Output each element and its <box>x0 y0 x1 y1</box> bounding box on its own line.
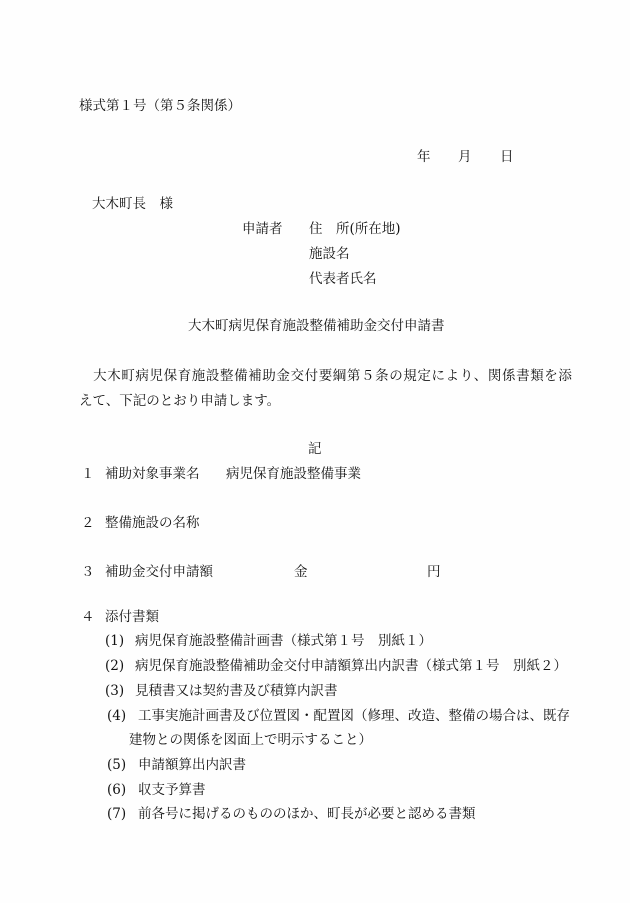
item-3-number: ３ <box>81 564 95 580</box>
item-1-number: １ <box>81 466 95 482</box>
date-month: 月 <box>458 149 472 165</box>
attachment-1-number: (1) <box>105 633 124 649</box>
addressee: 大木町長 様 <box>92 196 173 212</box>
item-1-value: 病児保育施設整備事業 <box>226 466 361 482</box>
attachment-4-text: 工事実施計画書及び位置図・配置図（修理、改造、整備の場合は、既存 <box>138 708 570 724</box>
body-line-2: えて、下記のとおり申請します。 <box>79 393 280 409</box>
attachment-5-text: 申請額算出内訳書 <box>138 757 246 773</box>
date-year: 年 <box>417 149 431 165</box>
item-2-label: 整備施設の名称 <box>105 515 200 531</box>
attachment-5-number: (5) <box>107 757 126 773</box>
applicant-label: 申請者 <box>242 221 283 237</box>
item-3-kin: 金 <box>294 564 308 580</box>
item-3-label: 補助金交付申請額 <box>105 564 213 580</box>
item-4-number: ４ <box>81 609 95 625</box>
attachment-3-number: (3) <box>105 683 124 699</box>
form-number: 様式第１号（第５条関係） <box>79 98 241 114</box>
date-day: 日 <box>500 149 514 165</box>
attachment-7-text: 前各号に掲げるのもののほか、町長が必要と認める書類 <box>138 806 476 822</box>
applicant-facility: 施設名 <box>309 246 350 262</box>
attachment-6-number: (6) <box>107 782 126 798</box>
applicant-representative: 代表者氏名 <box>309 271 377 287</box>
attachment-2-text: 病児保育施設整備補助金交付申請額算出内訳書（様式第１号 別紙２） <box>135 658 567 674</box>
document-title: 大木町病児保育施設整備補助金交付申請書 <box>188 318 445 334</box>
attachment-7-number: (7) <box>107 806 126 822</box>
item-1-label: 補助対象事業名 <box>105 466 200 482</box>
attachment-6-text: 収支予算書 <box>138 782 206 798</box>
item-2-number: ２ <box>81 515 95 531</box>
body-line-1: 大木町病児保育施設整備補助金交付要綱第５条の規定により、関係書類を添 <box>79 368 573 384</box>
item-3-yen: 円 <box>427 564 441 580</box>
item-4-label: 添付書類 <box>105 609 159 625</box>
ki-heading: 記 <box>308 441 322 457</box>
attachment-2-number: (2) <box>105 658 124 674</box>
attachment-1-text: 病児保育施設整備計画書（様式第１号 別紙１） <box>135 633 432 649</box>
attachment-4-number: (4) <box>107 708 126 724</box>
attachment-4-text-cont: 建物との関係を図面上で明示すること） <box>129 732 372 748</box>
applicant-address: 住 所(所在地) <box>309 221 401 237</box>
attachment-3-text: 見積書又は契約書及び積算内訳書 <box>135 683 338 699</box>
